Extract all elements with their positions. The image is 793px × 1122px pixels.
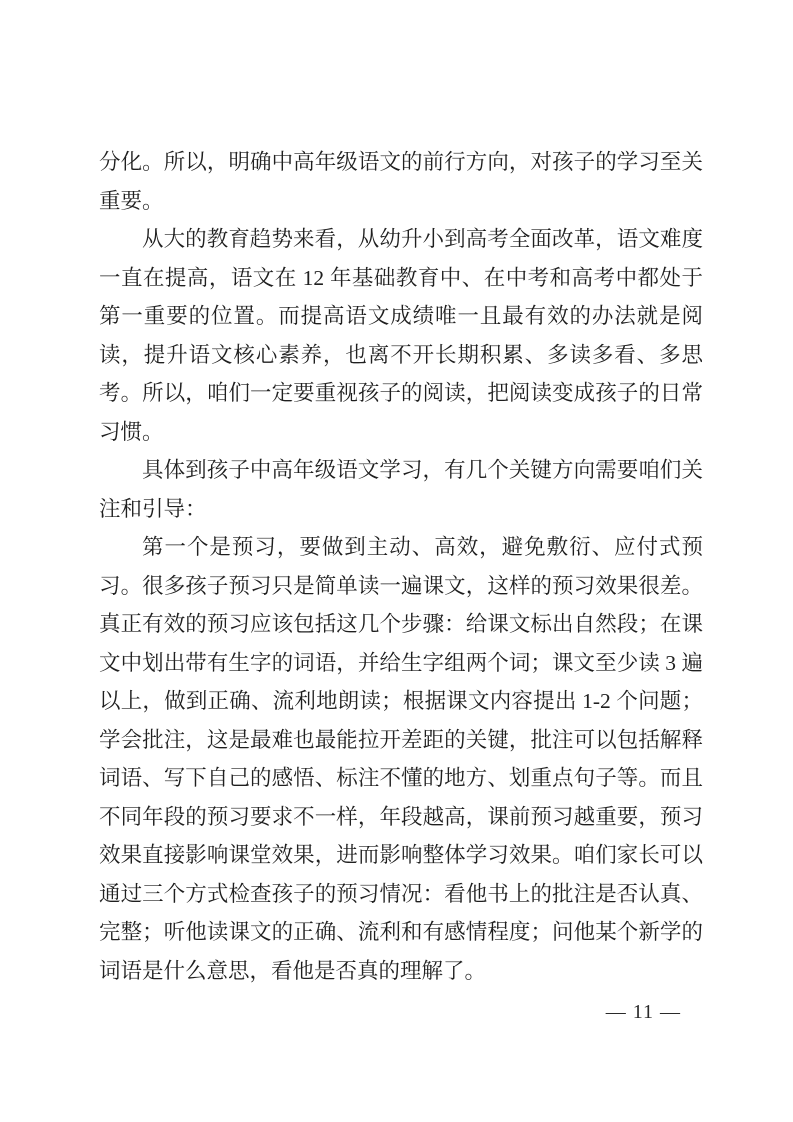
paragraph: 从大的教育趋势来看，从幼升小到高考全面改革，语文难度一直在提高，语文在 12 年… [99, 220, 703, 451]
document-body: 分化。所以，明确中高年级语文的前行方向，对孩子的学习至关重要。 从大的教育趋势来… [99, 143, 703, 990]
paragraph: 分化。所以，明确中高年级语文的前行方向，对孩子的学习至关重要。 [99, 143, 703, 220]
page-number: — 11 — [606, 998, 681, 1026]
paragraph: 具体到孩子中高年级语文学习，有几个关键方向需要咱们关注和引导： [99, 451, 703, 528]
paragraph: 第一个是预习，要做到主动、高效，避免敷衍、应付式预习。很多孩子预习只是简单读一遍… [99, 528, 703, 990]
document-page: 分化。所以，明确中高年级语文的前行方向，对孩子的学习至关重要。 从大的教育趋势来… [0, 0, 793, 1122]
